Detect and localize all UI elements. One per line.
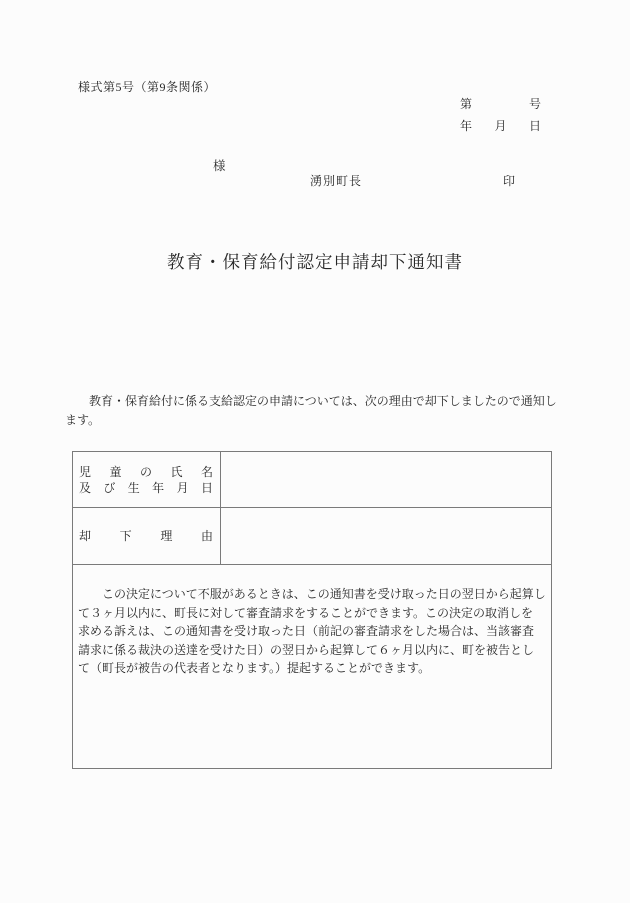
table-row-appeal-notice: この決定について不服があるときは、この通知書を受け取った日の翌日から起算し て３… bbox=[73, 565, 551, 768]
child-name-label-line1: 児童の氏名 bbox=[79, 464, 213, 480]
form-number-label: 様式第5号（第9条関係） bbox=[78, 78, 216, 95]
seal-mark: 印 bbox=[503, 172, 515, 189]
addressee-honorific: 様 bbox=[213, 156, 226, 174]
appeal-notice-text: この決定について不服があるときは、この通知書を受け取った日の翌日から起算し て３… bbox=[73, 565, 552, 768]
table-row-child-name: 児童の氏名 及び生年月日 bbox=[73, 452, 551, 508]
rejection-reason-value-cell bbox=[221, 508, 551, 564]
doc-number-suffix: 号 bbox=[529, 95, 541, 112]
issuer-title: 湧別町長 bbox=[310, 172, 362, 189]
appeal-notice-line: て（町長が被告の代表者となります。）提起することができます。 bbox=[78, 659, 546, 678]
table-row-rejection-reason: 却下理由 bbox=[73, 508, 551, 565]
intro-line: 教育・保育給付に係る支給認定の申請については、次の理由で却下しましたので通知し bbox=[65, 392, 560, 411]
date-year-label: 年 bbox=[460, 117, 472, 134]
rejection-table: 児童の氏名 及び生年月日 却下理由 この決定について不服があるときは、この通知書… bbox=[72, 451, 552, 769]
rejection-reason-label-cell: 却下理由 bbox=[73, 508, 221, 564]
child-name-value-cell bbox=[221, 452, 551, 507]
doc-number-prefix: 第 bbox=[460, 95, 472, 112]
child-name-label-cell: 児童の氏名 及び生年月日 bbox=[73, 452, 221, 507]
child-name-label-line2: 及び生年月日 bbox=[79, 480, 213, 496]
document-number-line: 第 号 bbox=[460, 95, 541, 112]
intro-line: ます。 bbox=[65, 411, 560, 430]
intro-paragraph: 教育・保育給付に係る支給認定の申請については、次の理由で却下しましたので通知し … bbox=[65, 392, 560, 429]
document-title: 教育・保育給付認定申請却下通知書 bbox=[0, 249, 630, 274]
appeal-notice-line: この決定について不服があるときは、この通知書を受け取った日の翌日から起算し bbox=[78, 585, 546, 604]
rejection-reason-label: 却下理由 bbox=[79, 528, 213, 544]
date-line: 年 月 日 bbox=[460, 117, 541, 134]
appeal-notice-line: 求める訴えは、この通知書を受け取った日（前記の審査請求をした場合は、当該審査 bbox=[78, 622, 546, 641]
date-month-label: 月 bbox=[494, 117, 506, 134]
date-day-label: 日 bbox=[529, 117, 541, 134]
appeal-notice-line: 請求に係る裁決の送達を受けた日）の翌日から起算して６ヶ月以内に、町を被告とし bbox=[78, 641, 546, 660]
appeal-notice-line: て３ヶ月以内に、町長に対して審査請求をすることができます。この決定の取消しを bbox=[78, 604, 546, 623]
